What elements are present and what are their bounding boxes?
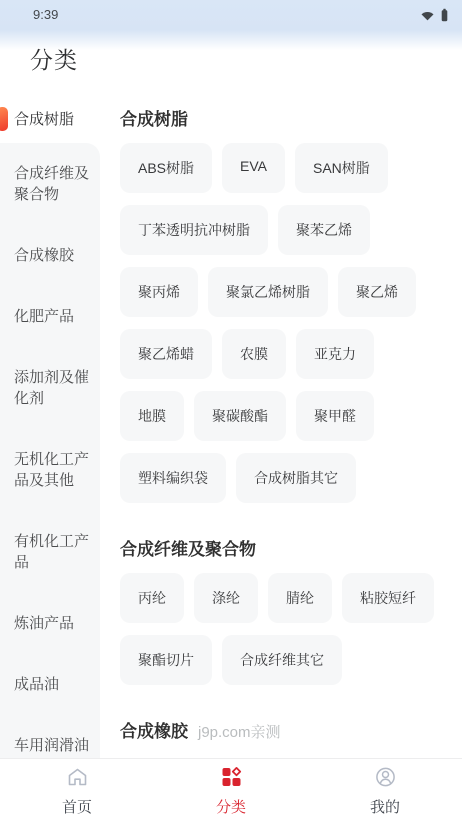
bottom-nav: 首页 分类 我的 — [0, 758, 462, 823]
sidebar: 合成树脂合成纤维及聚合物合成橡胶化肥产品添加剂及催化剂无机化工产品及其他有机化工… — [0, 95, 100, 758]
sidebar-item-5[interactable]: 无机化工产品及其他 — [0, 429, 100, 511]
category-chip[interactable]: 丙纶 — [120, 573, 184, 623]
home-icon — [65, 765, 90, 794]
category-chip[interactable]: ABS树脂 — [120, 143, 212, 193]
sidebar-item-3[interactable]: 化肥产品 — [0, 286, 100, 347]
sidebar-item-8[interactable]: 成品油 — [0, 654, 100, 715]
sidebar-item-1[interactable]: 合成纤维及聚合物 — [0, 143, 100, 225]
sidebar-item-4[interactable]: 添加剂及催化剂 — [0, 347, 100, 429]
category-chip[interactable]: 聚氯乙烯树脂 — [208, 267, 328, 317]
sidebar-item-7[interactable]: 炼油产品 — [0, 593, 100, 654]
battery-icon — [440, 8, 449, 27]
nav-item-category[interactable]: 分类 — [154, 759, 308, 823]
app-screen: 9:39 分类 合成树脂合成纤维及聚合物合成橡胶化肥产品添加剂及催化剂无机化工产… — [0, 0, 462, 823]
category-chip[interactable]: 腈纶 — [268, 573, 332, 623]
section-title: 合成橡胶j9p.com亲测 — [120, 717, 450, 742]
sidebar-inactive-group: 合成纤维及聚合物合成橡胶化肥产品添加剂及催化剂无机化工产品及其他有机化工产品炼油… — [0, 143, 100, 758]
category-chip[interactable]: 聚乙烯 — [338, 267, 416, 317]
category-chip[interactable]: 聚酯切片 — [120, 635, 212, 685]
watermark-text: j9p.com亲测 — [198, 721, 281, 742]
category-chip[interactable]: EVA — [222, 143, 285, 193]
section-title: 合成树脂 — [120, 105, 450, 130]
main-content[interactable]: 合成树脂ABS树脂EVASAN树脂丁苯透明抗冲树脂聚苯乙烯聚丙烯聚氯乙烯树脂聚乙… — [100, 95, 462, 758]
category-chip[interactable]: 丁苯透明抗冲树脂 — [120, 205, 268, 255]
profile-icon — [373, 765, 398, 794]
nav-item-profile[interactable]: 我的 — [308, 759, 462, 823]
section-title-text: 合成橡胶 — [120, 717, 188, 742]
content: 合成树脂合成纤维及聚合物合成橡胶化肥产品添加剂及催化剂无机化工产品及其他有机化工… — [0, 95, 462, 758]
page-title: 分类 — [30, 42, 78, 75]
category-chip[interactable]: 聚苯乙烯 — [278, 205, 370, 255]
sidebar-item-9[interactable]: 车用润滑油 — [0, 715, 100, 758]
category-chip[interactable]: 聚丙烯 — [120, 267, 198, 317]
category-chip[interactable]: 塑料编织袋 — [120, 453, 226, 503]
status-time: 9:39 — [33, 7, 58, 22]
status-icons — [420, 8, 449, 27]
section-title-text: 合成纤维及聚合物 — [120, 535, 256, 560]
section-0: 合成树脂ABS树脂EVASAN树脂丁苯透明抗冲树脂聚苯乙烯聚丙烯聚氯乙烯树脂聚乙… — [120, 105, 450, 515]
category-chip[interactable]: 地膜 — [120, 391, 184, 441]
section-title-text: 合成树脂 — [120, 105, 188, 130]
sidebar-item-0[interactable]: 合成树脂 — [0, 95, 100, 143]
section-title: 合成纤维及聚合物 — [120, 535, 450, 560]
category-chip[interactable]: 合成树脂其它 — [236, 453, 356, 503]
chip-group: ABS树脂EVASAN树脂丁苯透明抗冲树脂聚苯乙烯聚丙烯聚氯乙烯树脂聚乙烯聚乙烯… — [120, 143, 450, 515]
header: 9:39 分类 — [0, 0, 462, 95]
sidebar-item-2[interactable]: 合成橡胶 — [0, 225, 100, 286]
nav-label-category: 分类 — [216, 796, 246, 817]
category-chip[interactable]: 聚碳酸酯 — [194, 391, 286, 441]
category-chip[interactable]: SAN树脂 — [295, 143, 388, 193]
category-chip[interactable]: 聚乙烯蜡 — [120, 329, 212, 379]
category-chip[interactable]: 粘胶短纤 — [342, 573, 434, 623]
category-chip[interactable]: 合成纤维其它 — [222, 635, 342, 685]
chip-group: 丙纶涤纶腈纶粘胶短纤聚酯切片合成纤维其它 — [120, 573, 450, 697]
sidebar-item-6[interactable]: 有机化工产品 — [0, 511, 100, 593]
nav-label-profile: 我的 — [370, 796, 400, 817]
section-1: 合成纤维及聚合物丙纶涤纶腈纶粘胶短纤聚酯切片合成纤维其它 — [120, 535, 450, 697]
nav-item-home[interactable]: 首页 — [0, 759, 154, 823]
category-chip[interactable]: 聚甲醛 — [296, 391, 374, 441]
category-chip[interactable]: 农膜 — [222, 329, 286, 379]
nav-label-home: 首页 — [62, 796, 92, 817]
category-chip[interactable]: 亚克力 — [296, 329, 374, 379]
category-chip[interactable]: 涤纶 — [194, 573, 258, 623]
category-icon — [219, 765, 244, 794]
wifi-icon — [420, 9, 435, 27]
section-2: 合成橡胶j9p.com亲测 — [120, 717, 450, 755]
